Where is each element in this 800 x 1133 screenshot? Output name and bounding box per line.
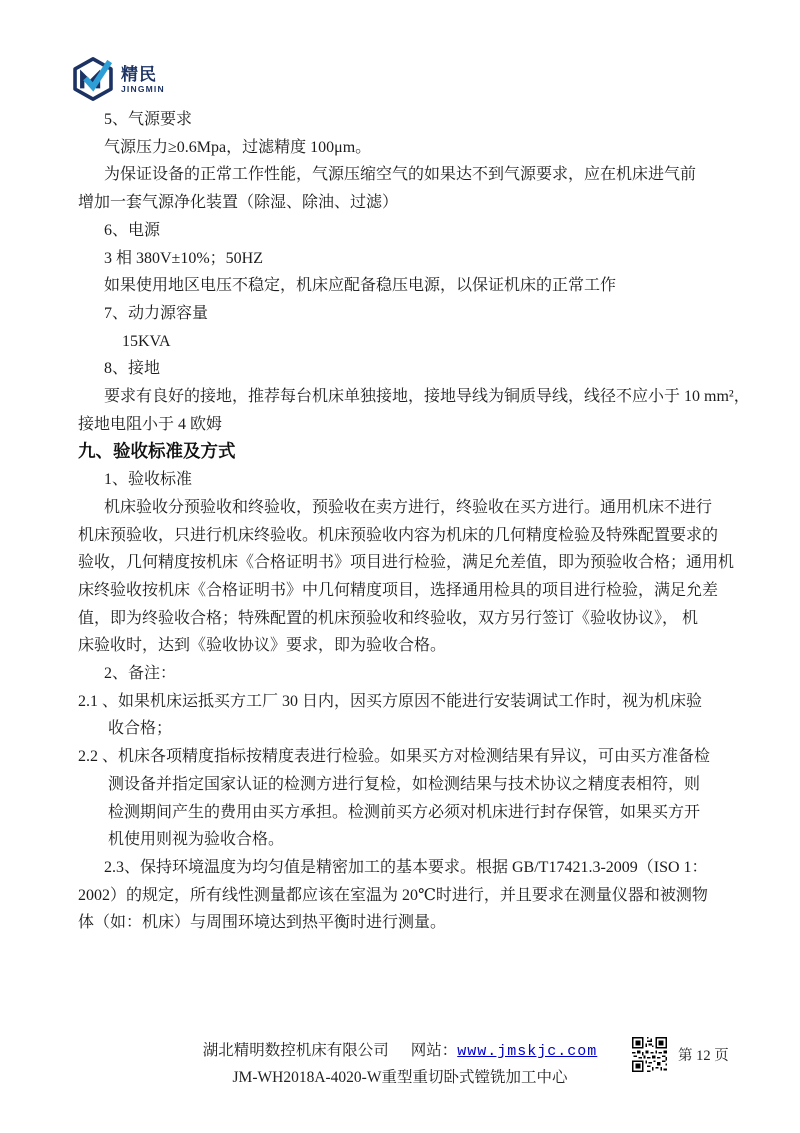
text-line: 机床验收分预验收和终验收，预验收在卖方进行，终验收在买方进行。通用机床不进行 (78, 494, 758, 522)
text-line: 2.3、保持环境温度为均匀值是精密加工的基本要求。根据 GB/T17421.3-… (78, 854, 758, 882)
text-line: 2.1 、如果机床运抵买方工厂 30 日内，因买方原因不能进行安装调试工作时，视… (78, 688, 758, 716)
text-line: 值，即为终验收合格；特殊配置的机床预验收和终验收，双方另行签订《验收协议》， 机 (78, 605, 758, 633)
text-line: 接地电阻小于 4 欧姆 (78, 411, 758, 439)
text-line: 验收，几何精度按机床《合格证明书》项目进行检验，满足允差值，即为预验收合格；通用… (78, 549, 758, 577)
text-line: 2、备注： (78, 660, 758, 688)
text-line: 测设备并指定国家认证的检测方进行复检，如检测结果与技术协议之精度表相符，则 (78, 771, 758, 799)
footer-company-name: 湖北精明数控机床有限公司 (203, 1042, 389, 1059)
company-logo: 精民 JINGMIN (70, 56, 165, 102)
text-line: 机使用则视为验收合格。 (78, 826, 758, 854)
text-line: 床验收时，达到《验收协议》要求，即为验收合格。 (78, 632, 758, 660)
text-line: 8、接地 (78, 355, 758, 383)
text-line: 2002）的规定，所有线性测量都应该在室温为 20℃时进行，并且要求在测量仪器和… (78, 882, 758, 910)
document-page: 精民 JINGMIN 5、气源要求 气源压力≥0.6Mpa，过滤精度 100μm… (0, 0, 800, 1133)
logo-text-zh: 精民 (121, 66, 165, 83)
jingmin-hexagon-logo-icon (70, 56, 116, 102)
logo-text-en: JINGMIN (121, 85, 165, 94)
footer-website-link[interactable]: www.jmskjc.com (457, 1043, 597, 1060)
text-line: 检测期间产生的费用由买方承担。检测前买方必须对机床进行封存保管，如果买方开 (78, 799, 758, 827)
text-line: 6、电源 (78, 217, 758, 245)
text-line: 床终验收按机床《合格证明书》中几何精度项目，选择通用检具的项目进行检验，满足允差 (78, 577, 758, 605)
page-number: 第 12 页 (678, 1044, 729, 1065)
footer-right-block: 第 12 页 (632, 1037, 729, 1072)
text-line: 7、动力源容量 (78, 300, 758, 328)
text-line: 收合格； (78, 715, 758, 743)
text-line: 气源压力≥0.6Mpa，过滤精度 100μm。 (78, 134, 758, 162)
text-line: 增加一套气源净化装置（除湿、除油、过滤） (78, 189, 758, 217)
text-line: 15KVA (78, 328, 758, 356)
logo-wordmark: 精民 JINGMIN (121, 66, 165, 94)
footer-website-label: 网站： (411, 1042, 458, 1059)
text-line: 体（如：机床）与周围环境达到热平衡时进行测量。 (78, 909, 758, 937)
text-line: 要求有良好的接地，推荐每台机床单独接地，接地导线为铜质导线，线径不应小于 10 … (78, 383, 758, 411)
qr-code-icon (632, 1037, 667, 1072)
text-line: 机床预验收，只进行机床终验收。机床预验收内容为机床的几何精度检验及特殊配置要求的 (78, 522, 758, 550)
text-line: 1、验收标准 (78, 466, 758, 494)
text-line: 2.2 、机床各项精度指标按精度表进行检验。如果买方对检测结果有异议，可由买方准… (78, 743, 758, 771)
document-body: 5、气源要求 气源压力≥0.6Mpa，过滤精度 100μm。 为保证设备的正常工… (78, 106, 758, 937)
text-line: 5、气源要求 (78, 106, 758, 134)
text-line: 为保证设备的正常工作性能，气源压缩空气的如果达不到气源要求，应在机床进气前 (78, 161, 758, 189)
text-line: 九、验收标准及方式 (78, 438, 758, 466)
text-line: 3 相 380V±10%；50HZ (78, 245, 758, 273)
text-line: 如果使用地区电压不稳定，机床应配备稳压电源，以保证机床的正常工作 (78, 272, 758, 300)
